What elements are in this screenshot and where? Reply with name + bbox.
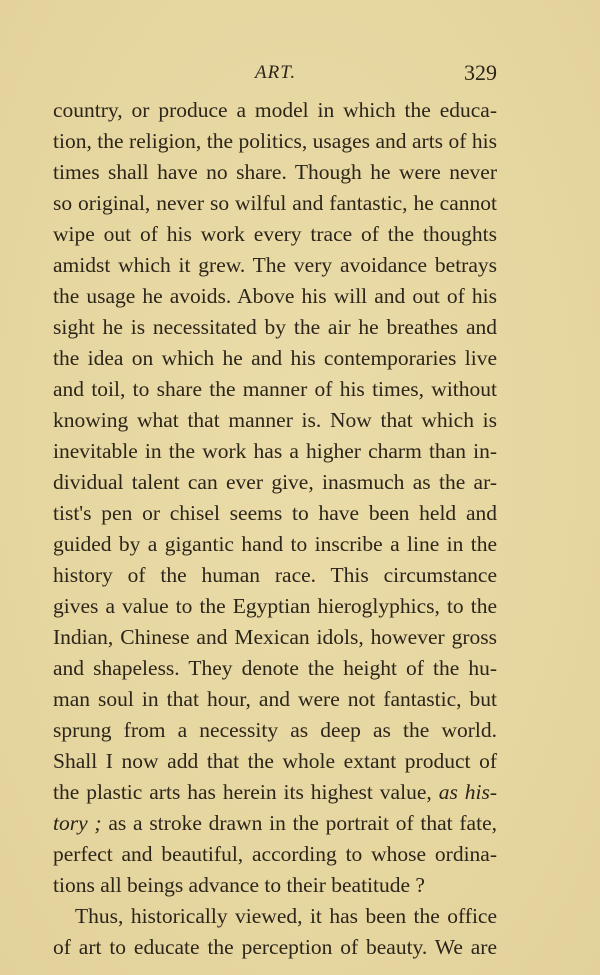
text-line: Indian, Chinese and Mexican idols, howev… xyxy=(53,622,497,653)
book-page: ART. 329 country, or produce a model in … xyxy=(0,0,600,975)
running-head: ART. 329 xyxy=(53,60,497,86)
text-line: so original, never so wilful and fantast… xyxy=(53,188,497,219)
text-line: sight he is necessitated by the air he b… xyxy=(53,312,497,343)
text-line: tions all beings advance to their beatit… xyxy=(53,870,497,901)
text-line: gives a value to the Egyptian hieroglyph… xyxy=(53,591,497,622)
text-line: perfect and beautiful, according to whos… xyxy=(53,839,497,870)
text-line: tory ; as a stroke drawn in the portrait… xyxy=(53,808,497,839)
text-line: of art to educate the perception of beau… xyxy=(53,932,497,963)
text-line: the usage he avoids. Above his will and … xyxy=(53,281,497,312)
text-line: times shall have no share. Though he wer… xyxy=(53,157,497,188)
italic-text-run: as his- xyxy=(439,780,497,804)
text-line: guided by a gigantic hand to inscribe a … xyxy=(53,529,497,560)
paragraph-1: country, or produce a model in which the… xyxy=(53,95,497,901)
text-run: the plastic arts has herein its highest … xyxy=(53,780,439,804)
text-line: Thus, historically viewed, it has been t… xyxy=(53,901,497,932)
paragraph-2: Thus, historically viewed, it has been t… xyxy=(53,901,497,963)
text-line: inevitable in the work has a higher char… xyxy=(53,436,497,467)
text-line: tist's pen or chisel seems to have been … xyxy=(53,498,497,529)
text-line: and shapeless. They denote the height of… xyxy=(53,653,497,684)
text-line: country, or produce a model in which the… xyxy=(53,95,497,126)
text-line: history of the human race. This circumst… xyxy=(53,560,497,591)
text-line: Shall I now add that the whole extant pr… xyxy=(53,746,497,777)
chapter-title: ART. xyxy=(255,60,296,86)
text-run: as a stroke drawn in the portrait of tha… xyxy=(102,811,497,835)
text-line: man soul in that hour, and were not fant… xyxy=(53,684,497,715)
page-number: 329 xyxy=(464,60,497,86)
body-text: country, or produce a model in which the… xyxy=(53,95,497,963)
text-line: amidst which it grew. The very avoidance… xyxy=(53,250,497,281)
text-line: sprung from a necessity as deep as the w… xyxy=(53,715,497,746)
italic-text-run: tory ; xyxy=(53,811,102,835)
text-line: wipe out of his work every trace of the … xyxy=(53,219,497,250)
text-line: dividual talent can ever give, inasmuch … xyxy=(53,467,497,498)
text-line: the plastic arts has herein its highest … xyxy=(53,777,497,808)
text-line: the idea on which he and his contemporar… xyxy=(53,343,497,374)
text-line: and toil, to share the manner of his tim… xyxy=(53,374,497,405)
text-line: knowing what that manner is. Now that wh… xyxy=(53,405,497,436)
text-line: tion, the religion, the politics, usages… xyxy=(53,126,497,157)
